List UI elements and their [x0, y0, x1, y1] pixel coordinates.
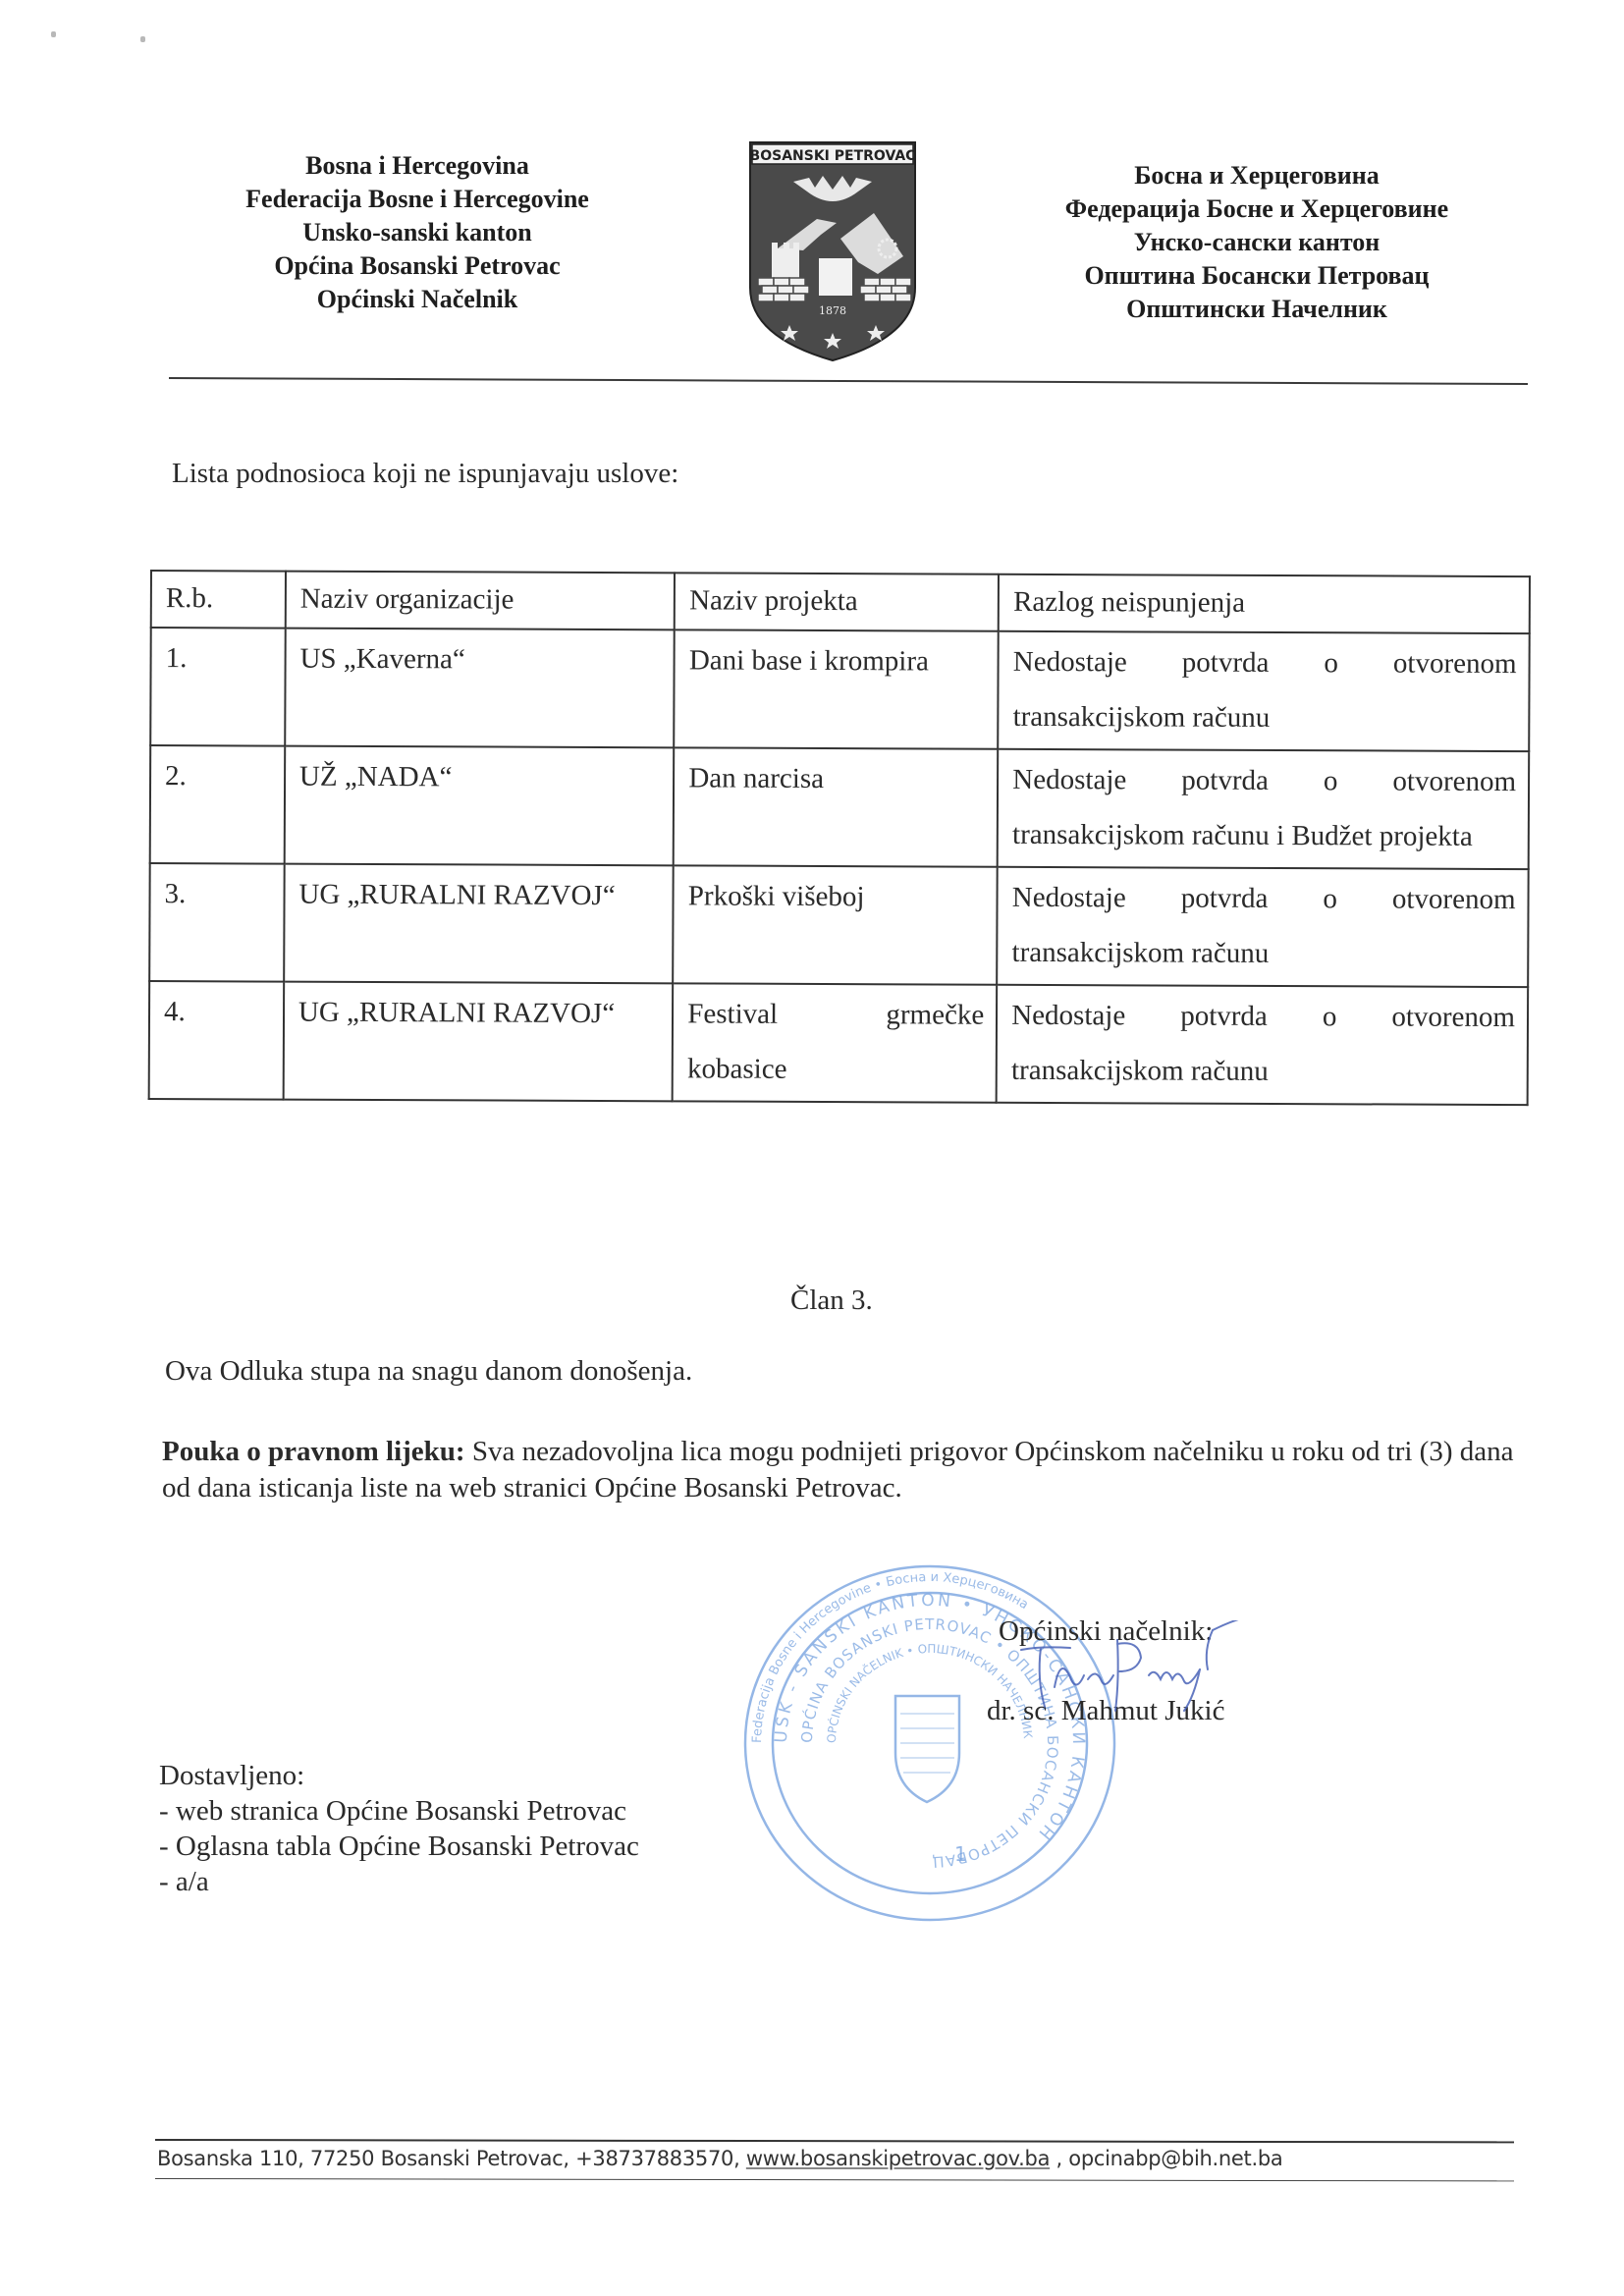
column-header-organization: Naziv organizacije: [286, 572, 676, 630]
footer-divider-bottom: [155, 2178, 1514, 2181]
cell-rb: 2.: [150, 745, 285, 864]
crest-year: 1878: [819, 304, 846, 317]
cell-project: Dan narcisa: [674, 747, 998, 866]
table-row: 3. UG „RURALNI RAZVOJ“ Prkoški višeboj N…: [149, 863, 1529, 987]
distribution-item: - a/a: [159, 1864, 639, 1899]
cell-organization: UŽ „NADA“: [285, 746, 675, 866]
header-cyrillic: Босна и Херцеговина Федерација Босне и Х…: [992, 159, 1522, 326]
header-line: Općinski Načelnik: [196, 283, 638, 316]
column-header-rb: R.b.: [151, 571, 286, 629]
header-line: Општински Начелник: [992, 293, 1522, 326]
cell-project: Dani base i krompira: [674, 629, 998, 748]
article-text: Ova Odluka stupa na snagu danom donošenj…: [165, 1355, 692, 1388]
cell-rb: 1.: [150, 628, 285, 746]
distribution-item: - Oglasna tabla Općine Bosanski Petrovac: [159, 1829, 639, 1864]
header-line: Općina Bosanski Petrovac: [196, 249, 638, 283]
footer-email-link[interactable]: opcinabp@bih.net.ba: [1068, 2147, 1282, 2170]
cell-project: Prkoški višeboj: [673, 865, 997, 984]
table-row: 4. UG „RURALNI RAZVOJ“ Festival grmečke …: [149, 981, 1529, 1105]
article-title: Član 3.: [790, 1285, 873, 1317]
cell-reason: Nedostaje potvrda o otvorenom transakcij…: [997, 867, 1528, 987]
legal-remedy-label: Pouka o pravnom lijeku:: [162, 1436, 465, 1467]
list-intro: Lista podnosioca koji ne ispunjavaju usl…: [172, 458, 678, 490]
cell-project: Festival grmečke kobasice: [673, 983, 997, 1102]
column-header-reason: Razlog neispunjenja: [999, 574, 1530, 633]
legal-remedy: Pouka o pravnom lijeku: Sva nezadovoljna…: [162, 1434, 1517, 1506]
header-line: Federacija Bosne i Hercegovine: [196, 183, 638, 216]
crest-banner: BOSANSKI PETROVAC: [750, 148, 916, 164]
distribution-list: Dostavljeno: - web stranica Općine Bosan…: [159, 1758, 639, 1899]
header-line: Општина Босански Петровац: [992, 259, 1522, 293]
header-latin: Bosna i Hercegovina Federacija Bosne i H…: [196, 149, 638, 316]
footer-divider-top: [155, 2139, 1514, 2143]
footer-separator: ,: [1050, 2147, 1068, 2170]
table-row: 1. US „Kaverna“ Dani base i krompira Ned…: [150, 628, 1530, 751]
cell-reason: Nedostaje potvrda o otvorenom transakcij…: [998, 749, 1529, 869]
header-line: Bosna i Hercegovina: [196, 149, 638, 183]
distribution-title: Dostavljeno:: [159, 1758, 639, 1793]
cell-rb: 4.: [149, 981, 284, 1100]
cell-reason: Nedostaje potvrda o otvorenom transakcij…: [998, 631, 1529, 751]
footer-contact: Bosanska 110, 77250 Bosanski Petrovac, +…: [157, 2147, 1282, 2170]
header-line: Федерација Босне и Херцеговине: [992, 192, 1522, 226]
header-line: Unsko-sanski kanton: [196, 216, 638, 249]
cell-organization: US „Kaverna“: [285, 629, 675, 748]
applicants-table: R.b. Naziv organizacije Naziv projekta R…: [148, 570, 1531, 1106]
table-header-row: R.b. Naziv organizacije Naziv projekta R…: [151, 571, 1530, 633]
cell-organization: UG „RURALNI RAZVOJ“: [284, 864, 674, 984]
cell-organization: UG „RURALNI RAZVOJ“: [284, 982, 674, 1102]
footer-address: Bosanska 110, 77250 Bosanski Petrovac, +…: [157, 2147, 746, 2170]
table-row: 2. UŽ „NADA“ Dan narcisa Nedostaje potvr…: [150, 745, 1530, 869]
header-line: Босна и Херцеговина: [992, 159, 1522, 192]
footer-website-link[interactable]: www.bosanskipetrovac.gov.ba: [746, 2147, 1050, 2170]
distribution-item: - web stranica Općine Bosanski Petrovac: [159, 1793, 639, 1829]
handwritten-signature-icon: [1011, 1620, 1257, 1728]
scan-speck: [140, 36, 145, 42]
cell-rb: 3.: [149, 863, 284, 982]
official-stamp-icon: Federacija Bosne i Hercegovine • Босна и…: [738, 1557, 1121, 1930]
header-divider: [169, 377, 1528, 385]
municipal-coat-of-arms-icon: BOSANSKI PETROVAC 1878: [748, 140, 917, 362]
header-line: Унско-сански кантон: [992, 226, 1522, 259]
scan-speck: [51, 31, 56, 37]
cell-reason: Nedostaje potvrda o otvorenom transakcij…: [997, 985, 1528, 1105]
column-header-project: Naziv projekta: [675, 573, 999, 630]
stamp-number: 1: [954, 1842, 967, 1866]
